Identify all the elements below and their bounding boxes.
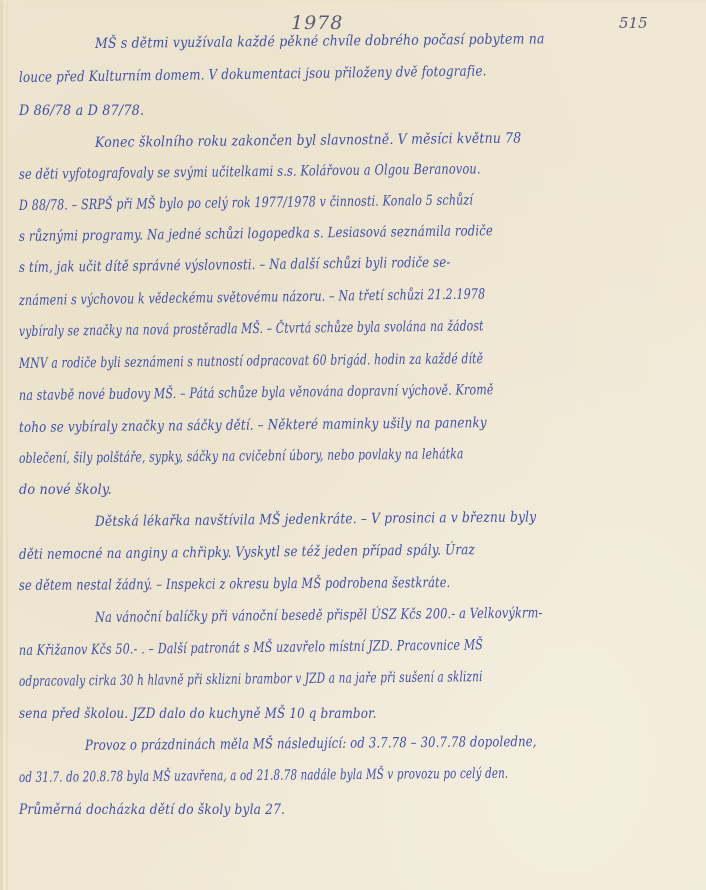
page-number: 515 — [619, 14, 648, 32]
text-line: Průměrná docházka dětí do školy byla 27. — [19, 802, 285, 818]
text-line: vybíraly se značky na nová prostěradla M… — [19, 318, 484, 340]
text-line: do nové školy. — [19, 482, 112, 498]
text-line: louce před Kulturním domem. V dokumentac… — [19, 63, 487, 86]
chronicle-page: 1978 515 MŠ s dětmi využívala každé pěkn… — [0, 0, 706, 890]
text-line: sena před školou. JZD dalo do kuchyně MŠ… — [19, 706, 377, 722]
text-line: se děti vyfotografovaly se svými učitelk… — [19, 161, 481, 183]
text-line: toho se vybíraly značky na sáčky dětí. –… — [19, 415, 487, 436]
text-line: na Křižanov Kčs 50.- . – Další patronát … — [19, 637, 483, 659]
text-line: s tím, jak učit dítě správné výslovnosti… — [19, 255, 451, 276]
text-line: známeni s výchovou k vědeckému světovému… — [19, 286, 485, 309]
text-line: od 31.7. do 20.8.78 byla MŠ uzavřena, a … — [19, 766, 508, 786]
text-line: D 86/78 a D 87/78. — [19, 103, 144, 119]
text-line: s různými programy. Na jedné schůzi logo… — [19, 223, 493, 245]
text-line: Na vánoční balíčky při vánoční besedě př… — [95, 605, 543, 626]
text-line: na stavbě nové budovy MŠ. – Pátá schůze … — [19, 382, 494, 404]
text-line: D 88/78. – SRPŠ při MŠ bylo po celý rok … — [19, 192, 473, 214]
text-line: Konec školního roku zakončen byl slavnos… — [95, 131, 522, 151]
text-line: děti nemocné na anginy a chřipky. Vyskyt… — [19, 542, 475, 563]
text-line: odpracovaly cirka 30 h hlavně při sklizn… — [19, 669, 483, 690]
text-line: Provoz o prázdninách měla MŠ následující… — [85, 734, 537, 754]
text-line: se dětem nestal žádný. – Inspekci z okre… — [19, 575, 451, 594]
year-heading: 1978 — [291, 12, 343, 34]
text-line: Dětská lékařka navštívila MŠ jedenkráte.… — [95, 509, 536, 530]
text-line: MŠ s dětmi využívala každé pěkné chvíle … — [95, 31, 545, 52]
text-line: MNV a rodiče byli seznámeni s nutností o… — [19, 351, 483, 372]
text-line: oblečení, šily polštáře, sypky, sáčky na… — [19, 446, 464, 467]
